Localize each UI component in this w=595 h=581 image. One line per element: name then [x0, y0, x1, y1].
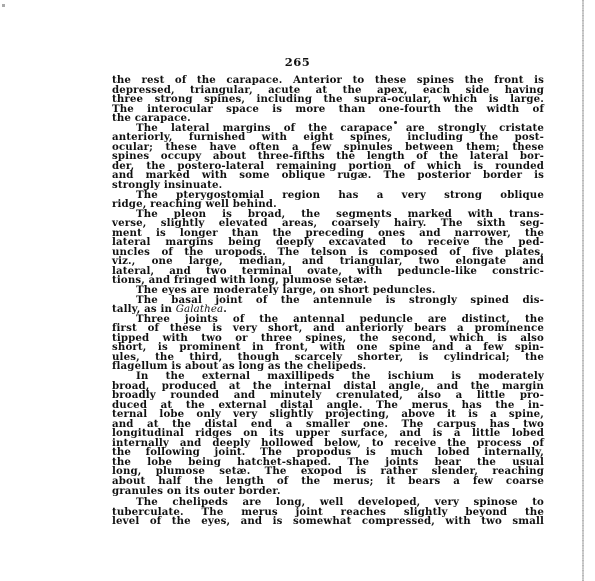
paragraph-antennule: The basal joint of the antennule is stro…: [112, 296, 544, 315]
page-edge-shadow: [582, 0, 584, 581]
body-text: the rest of the carapace. Anterior to th…: [112, 76, 544, 527]
paragraph-carapace-front: the rest of the carapace. Anterior to th…: [112, 76, 544, 124]
paragraph-maxillipeds: In the external maxillipeds the ischium …: [112, 372, 544, 496]
page-number: 265: [0, 55, 595, 69]
paragraph-pleon: The pleon is broad, the segments marked …: [112, 210, 544, 286]
text-line: level of the eyes, and is somewhat compr…: [112, 517, 544, 527]
paragraph-antennal-peduncle: Three joints of the antennal peduncle ar…: [112, 315, 544, 372]
paragraph-pterygostomial: The pterygostomial region has a very str…: [112, 191, 544, 210]
paragraph-chelipeds: The chelipeds are long, well developed, …: [112, 498, 544, 527]
paragraph-lateral-margins: The lateral margins of the carapace are …: [112, 124, 544, 191]
text-line: granules on its outer border.: [112, 487, 544, 497]
scan-artifact-dot: [2, 4, 5, 7]
